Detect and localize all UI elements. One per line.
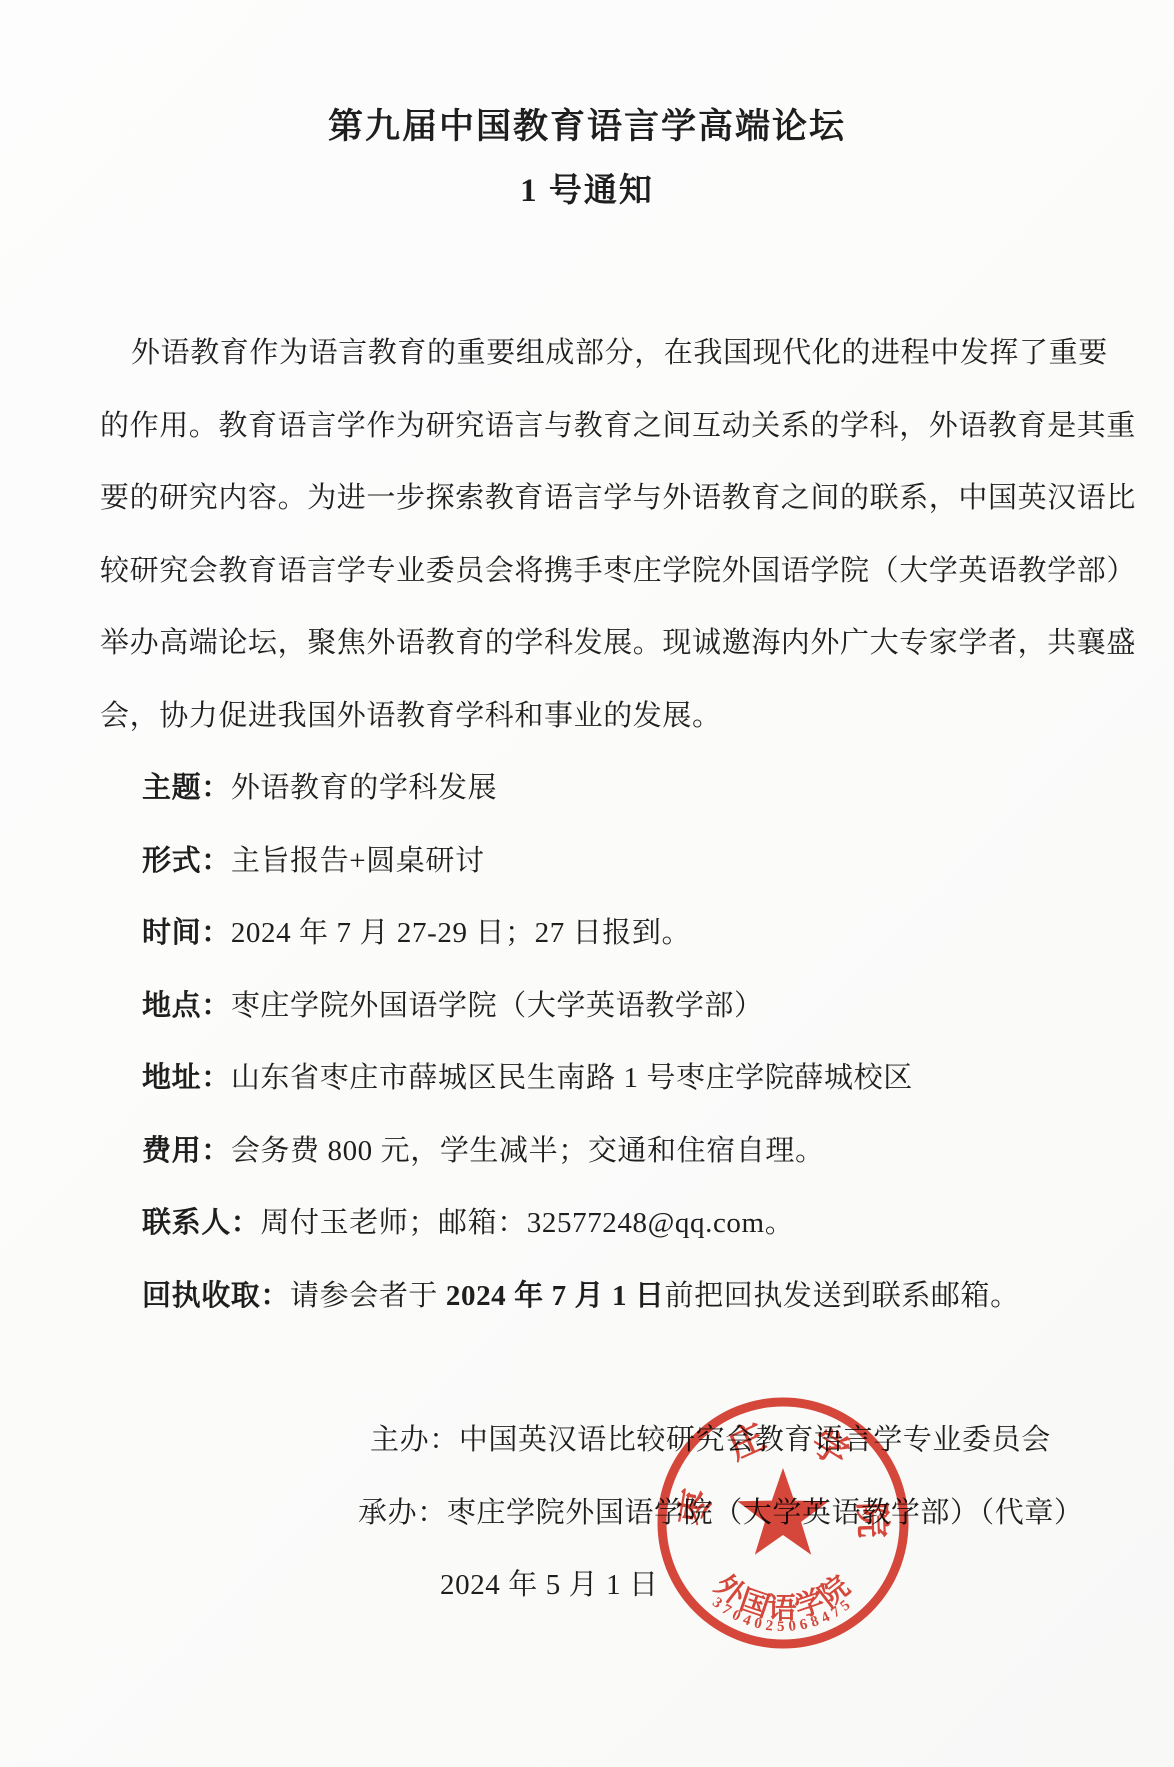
item-value: 周付玉老师；邮箱：32577248@qq.com。 xyxy=(260,1207,794,1239)
item-value: 前把回执发送到联系邮箱。 xyxy=(665,1280,1020,1312)
item-label: 形式： xyxy=(142,845,231,877)
host-line: 主办：中国英汉语比较研究会教育语言学专业委员会 xyxy=(100,1404,1076,1477)
item-value: 请参会者于 xyxy=(290,1280,446,1312)
intro-line: 的作用。教育语言学作为研究语言与教育之间互动关系的学科，外语教育是其重 xyxy=(100,390,1076,463)
item-label: 时间： xyxy=(142,917,231,949)
host-value: 中国英汉语比较研究会教育语言学专业委员会 xyxy=(459,1424,1051,1456)
doc-date: 2024 年 5 月 1 日 xyxy=(100,1549,1076,1622)
doc-footer: 主办：中国英汉语比较研究会教育语言学专业委员会 承办：枣庄学院外国语学院（大学英… xyxy=(100,1404,1076,1622)
item-value: 2024 年 7 月 27-29 日；27 日报到。 xyxy=(231,917,691,949)
item-value: 外语教育的学科发展 xyxy=(231,772,497,804)
item-theme: 主题：外语教育的学科发展 xyxy=(100,752,1076,825)
intro-line: 要的研究内容。为进一步探索教育语言学与外语教育之间的联系，中国英汉语比 xyxy=(100,462,1076,535)
item-value: 枣庄学院外国语学院（大学英语教学部） xyxy=(231,990,764,1022)
item-label: 地址： xyxy=(142,1062,231,1094)
item-reply: 回执收取：请参会者于 2024 年 7 月 1 日前把回执发送到联系邮箱。 xyxy=(100,1260,1076,1333)
intro-line: 举办高端论坛，聚焦外语教育的学科发展。现诚邀海内外广大专家学者，共襄盛 xyxy=(100,607,1076,680)
doc-title: 第九届中国教育语言学高端论坛 xyxy=(0,102,1174,152)
item-contact: 联系人：周付玉老师；邮箱：32577248@qq.com。 xyxy=(100,1187,1076,1260)
item-address: 地址：山东省枣庄市薛城区民生南路 1 号枣庄学院薛城校区 xyxy=(100,1042,1076,1115)
doc-subtitle: 1 号通知 xyxy=(0,168,1174,214)
item-value-deadline: 2024 年 7 月 1 日 xyxy=(446,1280,665,1312)
item-label: 地点： xyxy=(142,990,231,1022)
host-label: 主办： xyxy=(370,1424,459,1456)
item-venue: 地点：枣庄学院外国语学院（大学英语教学部） xyxy=(100,970,1076,1043)
item-format: 形式：主旨报告+圆桌研讨 xyxy=(100,825,1076,898)
doc-body: 外语教育作为语言教育的重要组成部分，在我国现代化的进程中发挥了重要 的作用。教育… xyxy=(100,317,1076,1622)
item-fee: 费用：会务费 800 元，学生减半；交通和住宿自理。 xyxy=(100,1115,1076,1188)
item-value: 会务费 800 元，学生减半；交通和住宿自理。 xyxy=(231,1135,825,1167)
intro-line: 外语教育作为语言教育的重要组成部分，在我国现代化的进程中发挥了重要 xyxy=(100,317,1076,390)
item-value: 主旨报告+圆桌研讨 xyxy=(231,845,485,877)
item-time: 时间：2024 年 7 月 27-29 日；27 日报到。 xyxy=(100,897,1076,970)
intro-line: 较研究会教育语言学专业委员会将携手枣庄学院外国语学院（大学英语教学部） xyxy=(100,535,1076,608)
intro-line: 会，协力促进我国外语教育学科和事业的发展。 xyxy=(100,680,1076,753)
item-label: 联系人： xyxy=(142,1207,260,1239)
item-label: 主题： xyxy=(142,772,231,804)
item-value: 山东省枣庄市薛城区民生南路 1 号枣庄学院薛城校区 xyxy=(231,1062,913,1094)
organizer-line: 承办：枣庄学院外国语学院（大学英语教学部）（代章） xyxy=(100,1477,1076,1550)
organizer-label: 承办： xyxy=(358,1497,447,1529)
document-page: 第九届中国教育语言学高端论坛 1 号通知 外语教育作为语言教育的重要组成部分，在… xyxy=(0,0,1174,1767)
item-label: 回执收取： xyxy=(142,1280,290,1312)
organizer-value: 枣庄学院外国语学院（大学英语教学部）（代章） xyxy=(447,1497,1084,1529)
item-label: 费用： xyxy=(142,1135,231,1167)
